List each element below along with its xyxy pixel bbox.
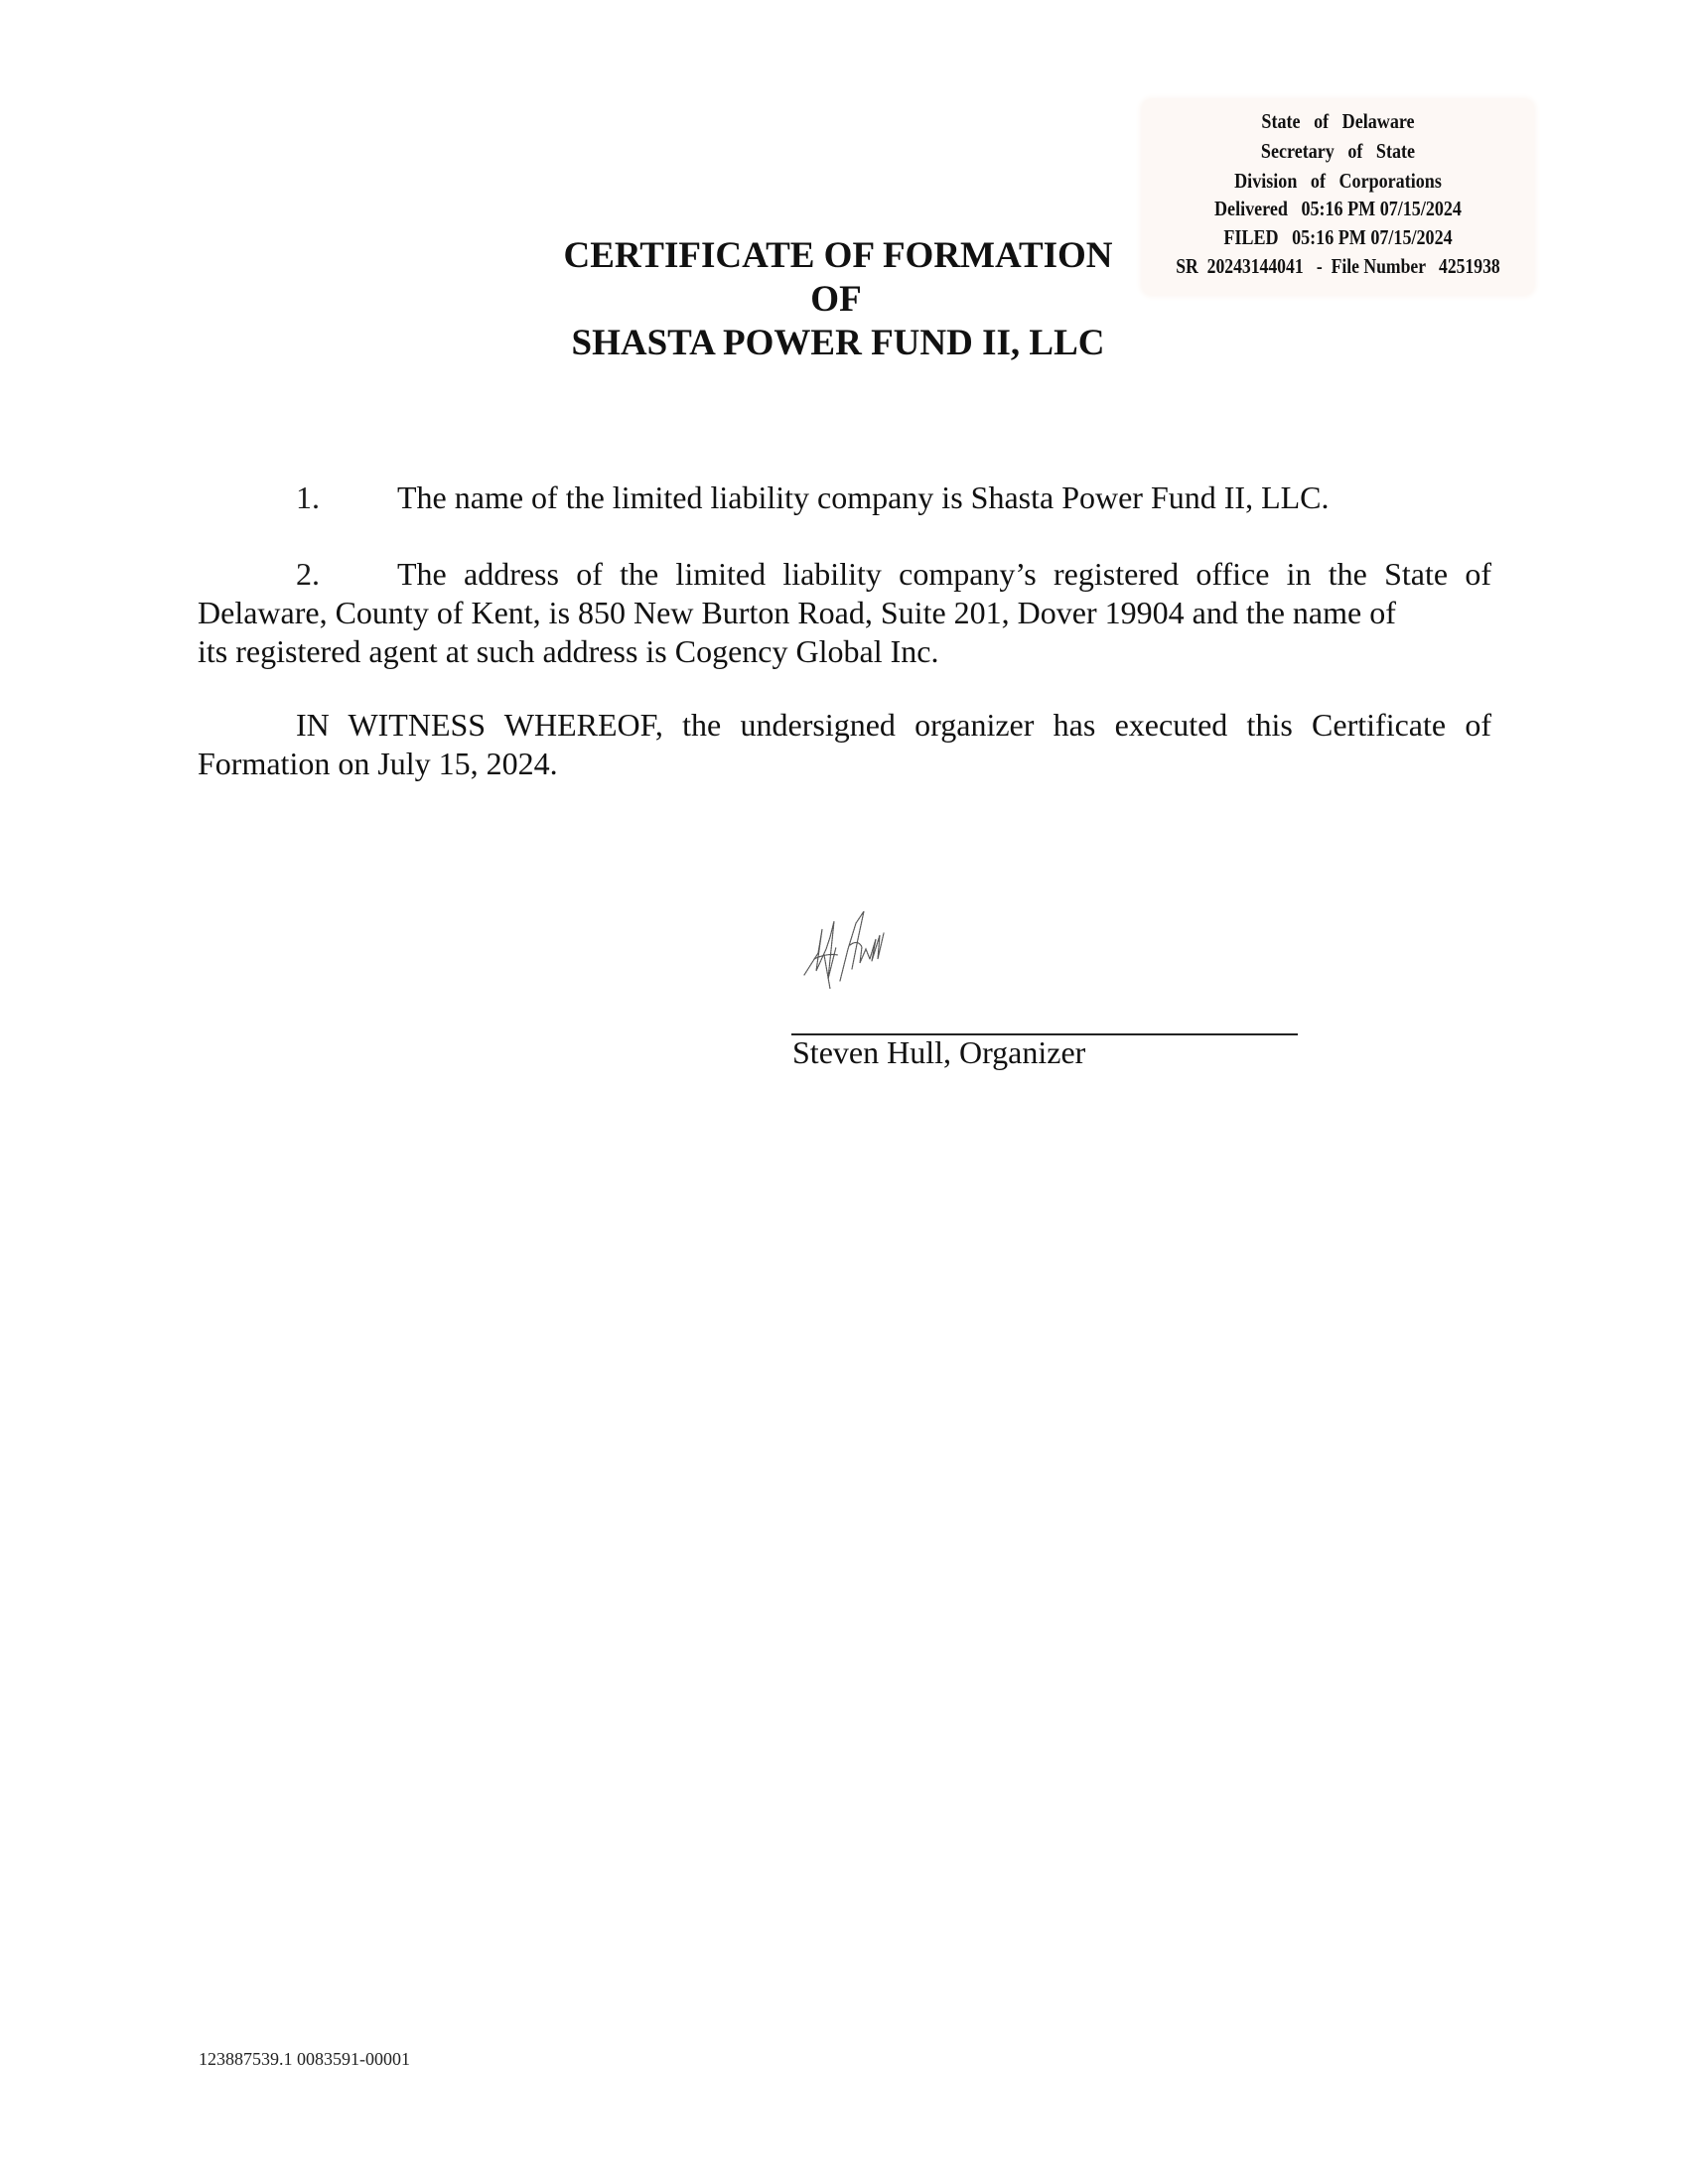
document-title-line-3: SHASTA POWER FUND II, LLC xyxy=(0,322,1682,365)
paragraph-line: The address of the limited liability com… xyxy=(397,555,1491,594)
paragraph-line: its registered agent at such address is … xyxy=(198,632,938,671)
stamp-delivered: Delivered 05:16 PM 07/15/2024 xyxy=(1170,197,1507,220)
document-page: State of Delaware Secretary of State Div… xyxy=(0,0,1688,2184)
stamp-state: State of Delaware xyxy=(1170,109,1507,133)
paragraph-line: Delaware, County of Kent, is 850 New Bur… xyxy=(198,594,1396,632)
paragraph-number: 1. xyxy=(296,478,320,517)
signer-name-title: Steven Hull, Organizer xyxy=(792,1032,1085,1072)
paragraph-number: 2. xyxy=(296,555,320,594)
document-title-line-1: CERTIFICATE OF FORMATION xyxy=(0,234,1682,278)
paragraph-line: IN WITNESS WHEREOF, the undersigned orga… xyxy=(296,706,1491,745)
document-id-footer: 123887539.1 0083591-00001 xyxy=(199,2048,410,2070)
stamp-division: Division of Corporations xyxy=(1170,169,1507,193)
document-title-line-2: OF xyxy=(0,278,1680,322)
signature-icon xyxy=(800,909,910,999)
paragraph-line: Formation on July 15, 2024. xyxy=(198,745,558,783)
paragraph-line: The name of the limited liability compan… xyxy=(397,478,1330,517)
stamp-office: Secretary of State xyxy=(1170,139,1507,163)
